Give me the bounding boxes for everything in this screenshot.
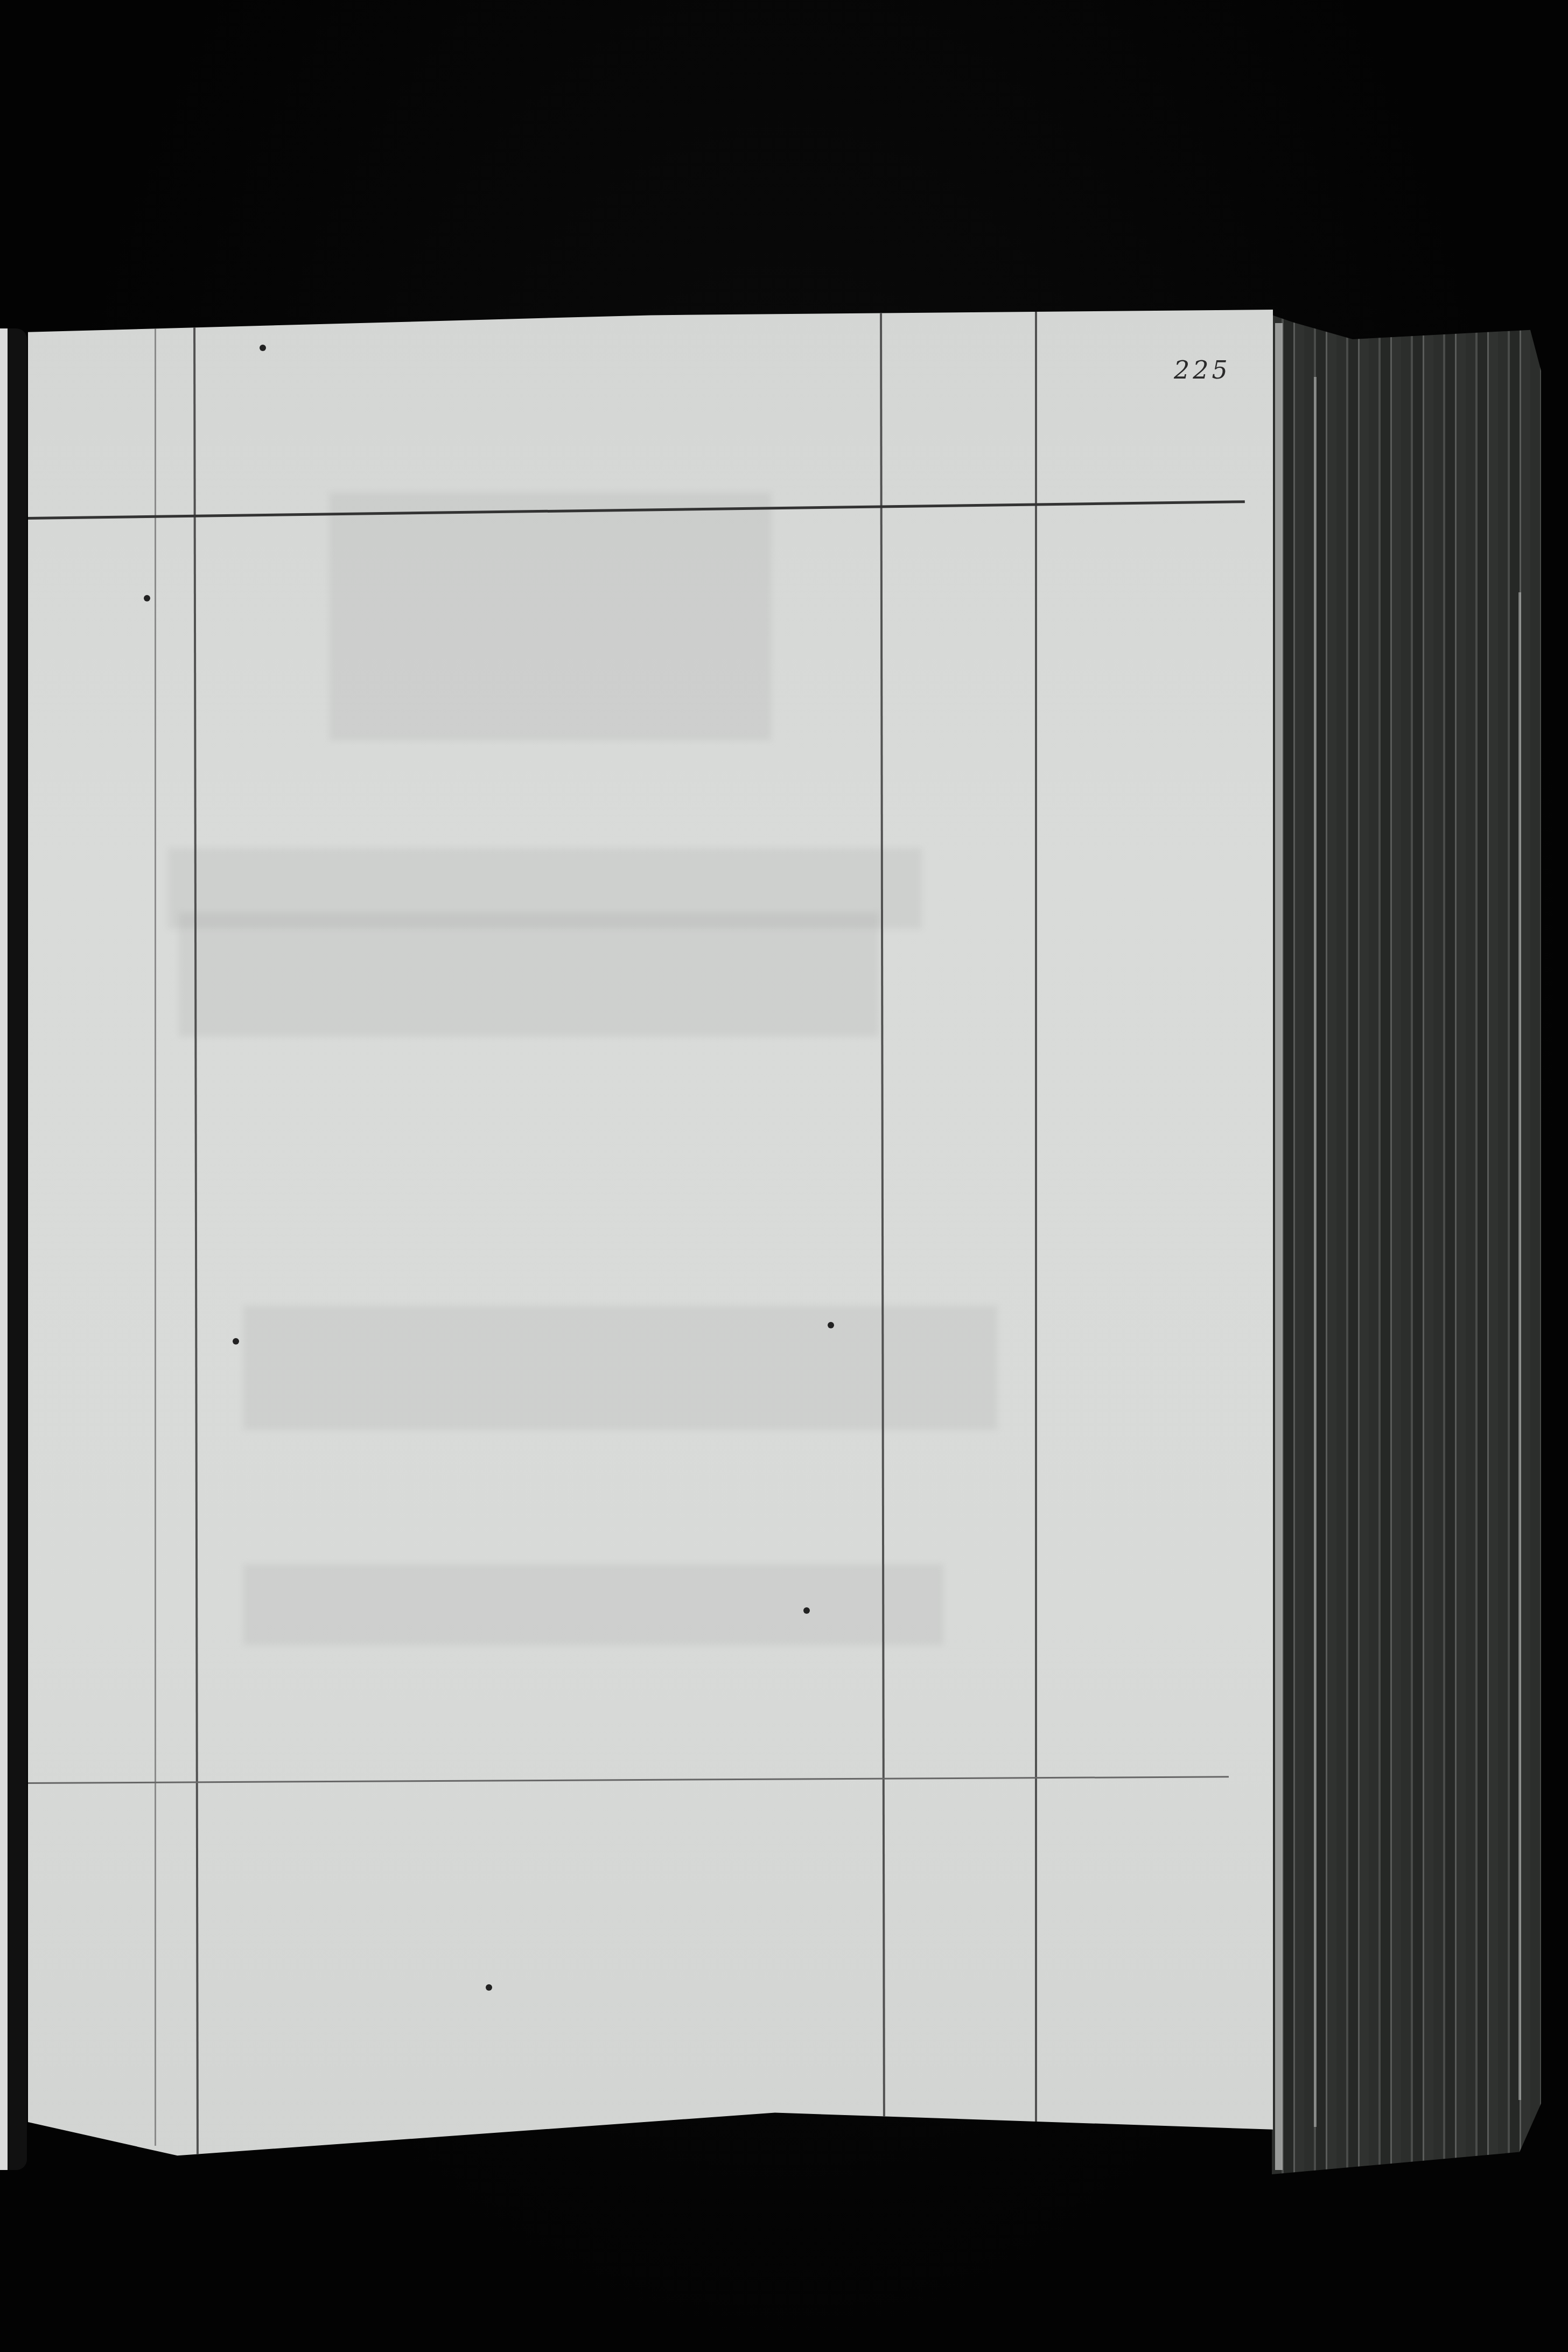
ledger-page: [28, 310, 1273, 2178]
ink-speck: [828, 1322, 834, 1328]
book-fore-edge: [1272, 315, 1541, 2178]
adjacent-page-edge: [0, 328, 27, 2170]
margin-rule: [155, 326, 156, 2146]
bleed-through-block: [243, 1564, 943, 1645]
bleed-through-block: [179, 913, 879, 1037]
page-number: 225: [1174, 355, 1231, 384]
bleed-through-block: [243, 1306, 997, 1430]
page-edge-highlight: [1275, 323, 1283, 2170]
ink-speck: [486, 1984, 492, 1991]
ink-speck: [144, 595, 150, 601]
column-rule: [193, 315, 199, 2162]
ink-speck: [803, 1607, 810, 1614]
fore-edge-stripe: [1518, 592, 1521, 2100]
ink-speck: [260, 345, 266, 351]
footer-rule: [28, 1776, 1229, 1784]
ink-speck: [233, 1338, 239, 1345]
fore-edge-stripe: [1314, 377, 1317, 2127]
column-rule: [880, 310, 885, 2140]
bleed-through-block: [330, 493, 771, 740]
column-rule: [1035, 310, 1037, 2140]
